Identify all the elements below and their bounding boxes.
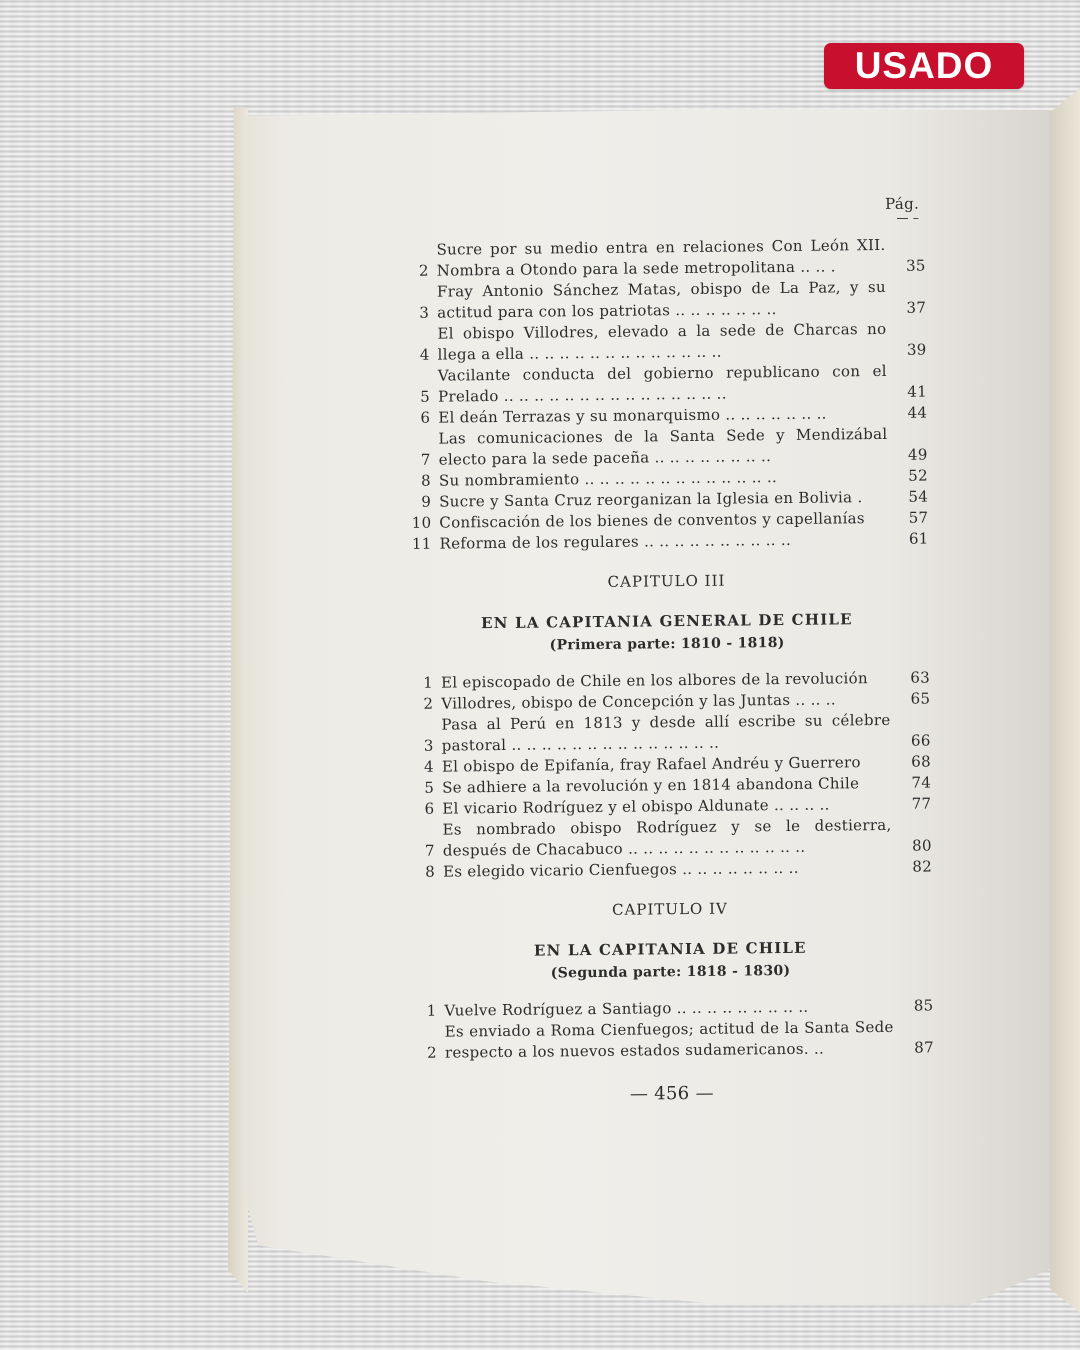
facing-page-edge (1050, 88, 1080, 1313)
toc-entry: 2Es enviado a Roma Cienfuegos; actitud d… (409, 1016, 934, 1063)
chapter-3-label: CAPITULO III (404, 569, 929, 592)
toc-entry: 4El obispo Villodres, elevado a la sede … (401, 318, 926, 365)
chapter-4-title: EN LA CAPITANIA DE CHILE (408, 937, 933, 960)
toc-entry: 5Vacilante conducta del gobierno republi… (402, 360, 927, 407)
toc-entry: 3Fray Antonio Sánchez Matas, obispo de L… (401, 276, 926, 323)
chapter-3-subtitle: (Primera parte: 1810 - 1818) (405, 633, 930, 654)
chapter-3-title: EN LA CAPITANIA GENERAL DE CHILE (404, 609, 929, 632)
toc-entry: 7Es nombrado obispo Rodríguez y se le de… (406, 814, 931, 861)
toc-entry: 7Las comunicaciones de la Santa Sede y M… (402, 423, 927, 470)
toc-entry: 8Es elegido vicario Cienfuegos .. .. .. … (407, 856, 932, 882)
table-of-contents: Pág. — – 2Sucre por su medio entra en re… (400, 195, 934, 1107)
chapter-4-subtitle: (Segunda parte: 1818 - 1830) (408, 961, 933, 982)
section-continued-entries: 2Sucre por su medio entra en relaciones … (400, 235, 928, 555)
chapter-4-entries: 1Vuelve Rodríguez a Santiago .. .. .. ..… (408, 995, 934, 1063)
toc-entry: 3Pasa al Perú en 1813 y desde allí escri… (405, 709, 930, 756)
toc-entry: 11Reforma de los regulares .. .. .. .. .… (403, 528, 928, 554)
chapter-4-label: CAPITULO IV (407, 897, 932, 920)
toc-entry: 2Sucre por su medio entra en relaciones … (400, 235, 925, 282)
chapter-3-entries: 1El episcopado de Chile en los albores d… (405, 667, 932, 882)
